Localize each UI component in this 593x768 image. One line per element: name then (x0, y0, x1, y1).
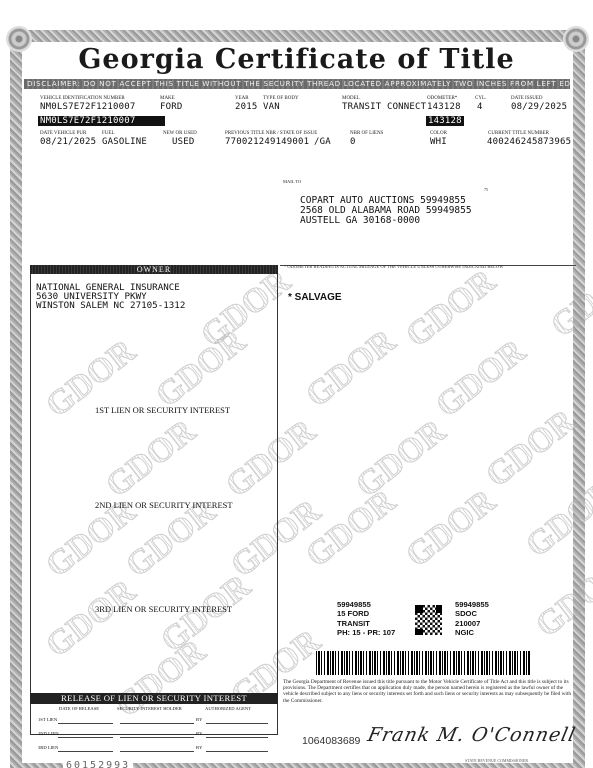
year-value: 2015 (235, 102, 257, 112)
vin-highlight: NM0LS7E72F1210007 (38, 116, 165, 126)
release-agent-field[interactable] (206, 751, 268, 752)
mail-to-marker: 75 (484, 187, 488, 192)
first-lien-label: 1ST LIEN OR SECURITY INTEREST (95, 405, 230, 415)
odometer-highlight: 143128 (426, 116, 464, 126)
release-col-agent: Authorized Agent (205, 706, 251, 711)
color-value: WHI (430, 137, 447, 147)
disclaimer-banner: DISCLAIMER: DO NOT ACCEPT THIS TITLE WIT… (24, 79, 570, 89)
prev-title-value: 770021249149001 (225, 137, 309, 147)
year-label: Year (235, 96, 249, 101)
model-value: TRANSIT CONNECT (342, 102, 426, 112)
owner-heading: OWNER (30, 265, 278, 274)
commissioner-signature: Frank M. O'Connell (366, 724, 578, 746)
release-col-holder: Security Interest Holder (117, 706, 182, 711)
new-used-value: USED (172, 137, 194, 147)
mail-to-label: MAIL TO (283, 179, 301, 184)
document-title: Georgia Certificate of Title (0, 44, 593, 75)
release-row-2: 2ND LIEN (38, 731, 59, 736)
document-number: 1064083689 (302, 735, 360, 747)
release-row-1: 1ST LIEN (38, 717, 57, 722)
serial-number: 60152993 (63, 760, 133, 768)
sticker-vehicle: 15 FORD (337, 609, 395, 618)
release-date-field[interactable] (58, 723, 113, 724)
sticker-lot-right: 59949855 (455, 600, 489, 609)
fuel-label: Fuel (102, 131, 115, 136)
release-holder-field[interactable] (120, 751, 194, 752)
release-heading: RELEASE OF LIEN OR SECURITY INTEREST (30, 693, 278, 704)
sticker-ph-pr: PH: 15 - PR: 107 (337, 628, 395, 637)
release-col-date: Date of Release (59, 706, 99, 711)
sticker-code: SDOC (455, 609, 489, 618)
vin-value: NM0LS7E72F1210007 (40, 102, 136, 112)
color-label: Color (430, 131, 447, 136)
body-label: Type of Body (263, 96, 299, 101)
body-value: VAN (263, 102, 280, 112)
make-value: FORD (160, 102, 182, 112)
release-date-field[interactable] (58, 737, 113, 738)
current-title-value: 400246245873965 (487, 137, 571, 147)
legal-statement: The Georgia Department of Revenue issued… (283, 679, 573, 704)
cyl-value: 4 (477, 102, 483, 112)
sticker-number: 210007 (455, 619, 489, 628)
vin-label: Vehicle Identification Number (40, 96, 125, 101)
liens-label: Nbr of Liens (350, 131, 383, 136)
second-lien-label: 2ND LIEN OR SECURITY INTEREST (95, 500, 233, 510)
release-by-label: BY (196, 717, 202, 722)
barcode (316, 651, 530, 675)
fuel-value: GASOLINE (102, 137, 147, 147)
release-agent-field[interactable] (206, 737, 268, 738)
date-purchased-value: 08/21/2025 (40, 137, 96, 147)
release-by-label: BY (196, 745, 202, 750)
date-issued-value: 08/29/2025 (511, 102, 567, 112)
date-issued-label: Date Issued (511, 96, 543, 101)
model-label: Model (342, 96, 360, 101)
odometer-value: 143128 (427, 102, 461, 112)
liens-value: 0 (350, 137, 356, 147)
sticker-insurer: NGIC (455, 628, 489, 637)
cyl-label: Cyl. (475, 96, 486, 101)
date-purchased-label: Date Vehicle Pur (40, 131, 86, 136)
new-used-label: New or Used (163, 131, 197, 136)
release-holder-field[interactable] (120, 737, 194, 738)
mail-to-address: COPART AUTO AUCTIONS 59949855 2568 OLD A… (300, 196, 472, 226)
make-label: Make (160, 96, 175, 101)
sticker-model: TRANSIT (337, 619, 395, 628)
current-title-label: Current Title Number (488, 131, 549, 136)
release-by-label: BY (196, 731, 202, 736)
salvage-brand: * SALVAGE (288, 292, 342, 303)
third-lien-label: 3RD LIEN OR SECURITY INTEREST (95, 604, 232, 614)
prev-title-label: Previous Title Nbr / State of Issue (225, 131, 317, 136)
sticker-lot: 59949855 (337, 600, 395, 609)
owner-address: NATIONAL GENERAL INSURANCE 5630 UNIVERSI… (36, 283, 185, 310)
release-holder-field[interactable] (120, 723, 194, 724)
release-date-field[interactable] (58, 751, 113, 752)
release-agent-field[interactable] (206, 723, 268, 724)
odometer-label: Odometer* (427, 96, 457, 101)
prev-state-value: /GA (314, 137, 331, 147)
release-row-3: 3RD LIEN (38, 745, 58, 750)
odometer-note: * ODOMETER READING IS ACTUAL MILEAGE OF … (284, 264, 503, 269)
qr-code (414, 604, 443, 636)
commissioner-label: STATE REVENUE COMMISSIONER (465, 758, 528, 763)
